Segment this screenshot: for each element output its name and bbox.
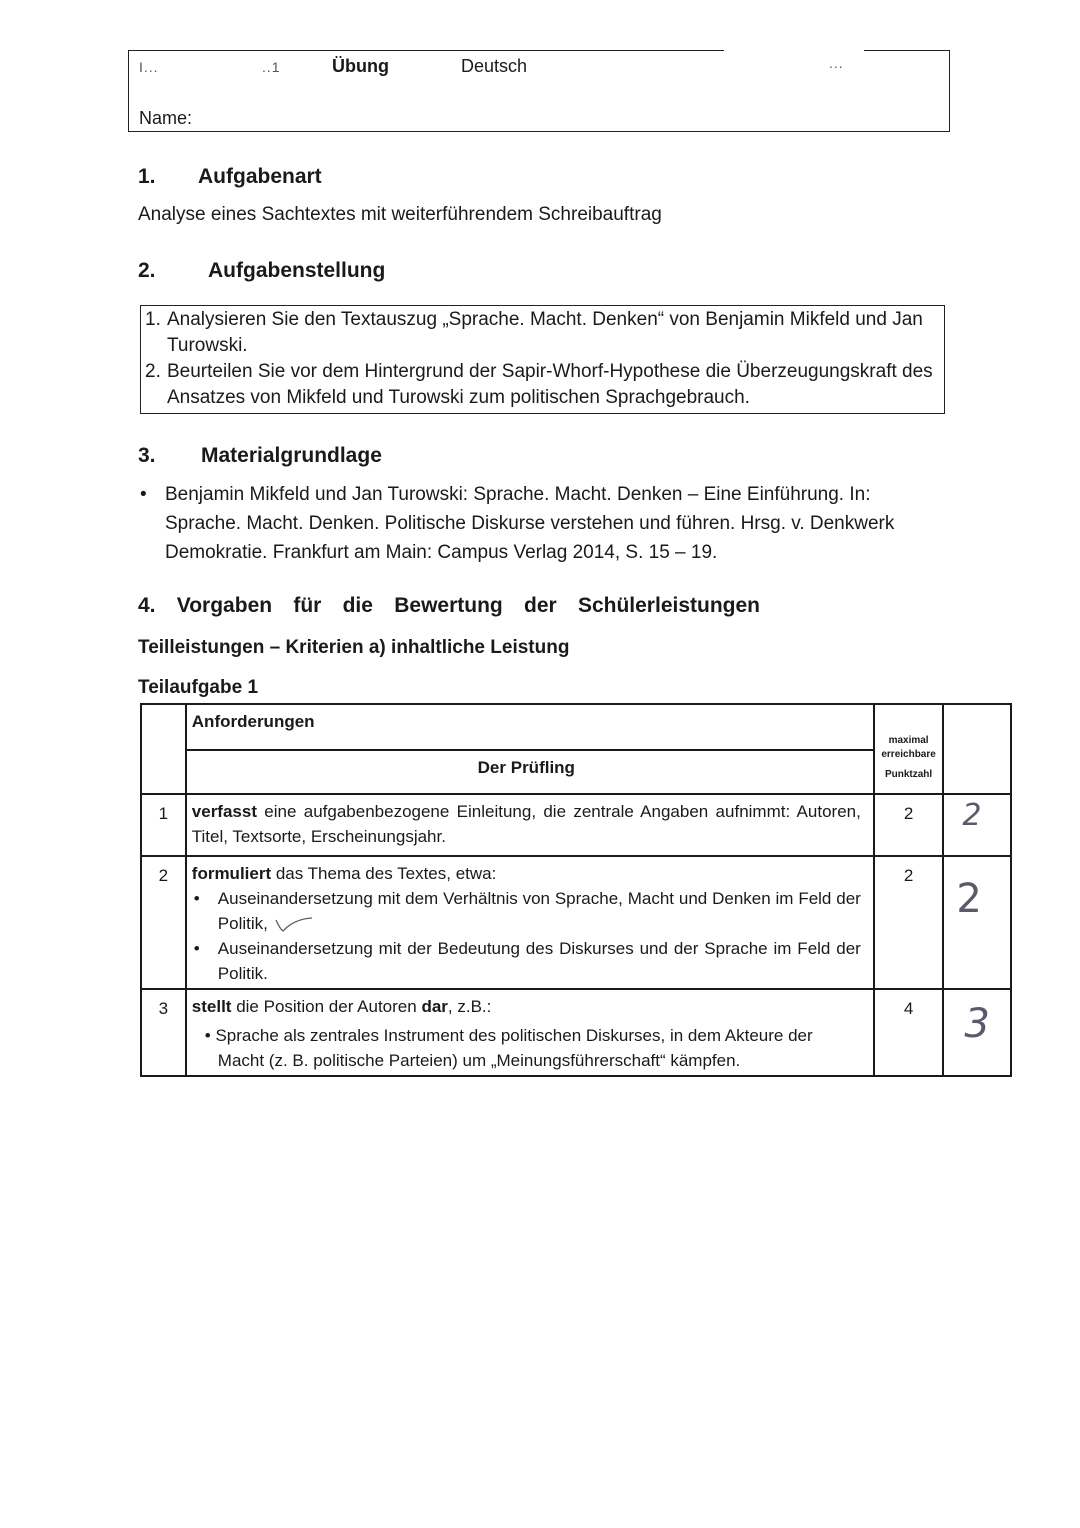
heading-word: Bewertung xyxy=(394,594,503,618)
requirement-text: das Thema des Textes, etwa: xyxy=(271,864,496,883)
header-candidate: Der Prüfling xyxy=(186,750,874,794)
document-page: I... ..1 Übung Deutsch ... Name: 1. Aufg… xyxy=(0,0,1080,1528)
section-number: 1. xyxy=(138,165,198,189)
header-border-gap xyxy=(724,48,864,53)
table-row: 2 formuliert das Thema des Textes, etwa:… xyxy=(141,856,1011,989)
header-exam-type: Übung xyxy=(332,56,389,77)
row-max-points: 2 xyxy=(874,794,944,856)
header-max-points: maximal erreichbare Punktzahl xyxy=(874,704,944,794)
header-max-line: maximal xyxy=(875,734,943,748)
heading-word: der xyxy=(524,594,557,618)
task-type-text: Analyse eines Sachtextes mit weiterführe… xyxy=(138,204,662,226)
section-number: 2. xyxy=(138,259,208,283)
requirement-verb: formuliert xyxy=(192,864,271,883)
requirement-verb: stellt xyxy=(192,997,232,1016)
requirement-text: , z.B.: xyxy=(448,997,491,1016)
header-num-cell xyxy=(141,704,186,794)
table-row: 3 stellt die Position der Autoren dar, z… xyxy=(141,989,1011,1076)
section-number: 4. xyxy=(138,594,156,618)
section-number: 3. xyxy=(138,444,201,468)
handwritten-score: 2 xyxy=(956,887,981,912)
bullet-text: Auseinandersetzung mit dem Verhältnis vo… xyxy=(218,889,861,933)
row-max-points: 4 xyxy=(874,989,944,1076)
name-label: Name: xyxy=(139,108,192,129)
material-text: Benjamin Mikfeld und Jan Turowski: Sprac… xyxy=(138,480,938,567)
section-1-heading: 1. Aufgabenart xyxy=(138,165,322,189)
heading-word: Schülerleistungen xyxy=(578,594,760,618)
header-requirements: Anforderungen xyxy=(186,704,874,750)
task-item: 1. Analysieren Sie den Textauszug „Sprac… xyxy=(145,307,940,359)
row-requirement: formuliert das Thema des Textes, etwa: A… xyxy=(186,856,874,989)
heading-word: die xyxy=(343,594,373,618)
header-score-cell xyxy=(943,704,1011,794)
material-reference: • Benjamin Mikfeld und Jan Turowski: Spr… xyxy=(138,480,938,567)
bullet-icon: • xyxy=(140,480,147,509)
row-requirement: verfasst eine aufgabenbezogene Einleitun… xyxy=(186,794,874,856)
requirement-text: eine aufgabenbezogene Einleitung, die ze… xyxy=(192,802,861,846)
task-box: 1. Analysieren Sie den Textauszug „Sprac… xyxy=(140,305,945,414)
part-title: Teilaufgabe 1 xyxy=(138,677,258,699)
section-3-heading: 3. Materialgrundlage xyxy=(138,444,382,468)
row-number: 3 xyxy=(141,989,186,1076)
row-score: 3 xyxy=(943,989,1011,1076)
section-title: Materialgrundlage xyxy=(201,444,382,468)
bullet-text: Sprache als zentrales Instrument des pol… xyxy=(215,1026,812,1070)
header-max-line: Punktzahl xyxy=(875,768,943,782)
task-number: 1. xyxy=(145,307,161,333)
section-title: Aufgabenart xyxy=(198,165,322,189)
handwritten-score: 3 xyxy=(964,1012,989,1037)
checkmark-icon xyxy=(274,917,314,933)
requirement-verb: dar xyxy=(421,997,447,1016)
requirement-bullets: Auseinandersetzung mit dem Verhältnis vo… xyxy=(192,886,861,986)
table-row: 1 verfasst eine aufgabenbezogene Einleit… xyxy=(141,794,1011,856)
header-subject: Deutsch xyxy=(461,56,527,77)
header-fragment-right: ... xyxy=(829,55,844,71)
row-max-points: 2 xyxy=(874,856,944,989)
section-4-heading: 4. Vorgaben für die Bewertung der Schüle… xyxy=(138,594,760,618)
table-header-row: Anforderungen maximal erreichbare Punktz… xyxy=(141,704,1011,750)
bullet-item: • Sprache als zentrales Instrument des p… xyxy=(192,1023,861,1073)
bullet-item: Auseinandersetzung mit der Bedeutung des… xyxy=(218,936,861,986)
section-title: Aufgabenstellung xyxy=(208,259,385,283)
heading-word: für xyxy=(293,594,321,618)
section-2-heading: 2. Aufgabenstellung xyxy=(138,259,385,283)
requirement-verb: verfasst xyxy=(192,802,257,821)
header-box: I... ..1 Übung Deutsch ... Name: xyxy=(128,50,950,132)
row-number: 2 xyxy=(141,856,186,989)
header-max-line: erreichbare xyxy=(875,748,943,762)
bullet-item: Auseinandersetzung mit dem Verhältnis vo… xyxy=(218,886,861,936)
header-fragment-course: ..1 xyxy=(262,59,281,75)
row-score: 2 xyxy=(943,856,1011,989)
bullet-text: Auseinandersetzung mit der Bedeutung des… xyxy=(218,939,861,983)
criteria-subtitle: Teilleistungen – Kriterien a) inhaltlich… xyxy=(138,637,569,659)
row-requirement: stellt die Position der Autoren dar, z.B… xyxy=(186,989,874,1076)
row-score: 2 xyxy=(943,794,1011,856)
task-item: 2. Beurteilen Sie vor dem Hintergrund de… xyxy=(145,359,940,411)
heading-word: Vorgaben xyxy=(177,594,272,618)
grading-table: Anforderungen maximal erreichbare Punktz… xyxy=(140,703,1012,1077)
task-number: 2. xyxy=(145,359,161,385)
handwritten-score: 2 xyxy=(962,803,981,828)
task-text: Beurteilen Sie vor dem Hintergrund der S… xyxy=(167,361,933,408)
requirement-text: die Position der Autoren xyxy=(231,997,421,1016)
row-number: 1 xyxy=(141,794,186,856)
header-fragment-left: I... xyxy=(139,59,159,75)
task-text: Analysieren Sie den Textauszug „Sprache.… xyxy=(167,309,923,356)
